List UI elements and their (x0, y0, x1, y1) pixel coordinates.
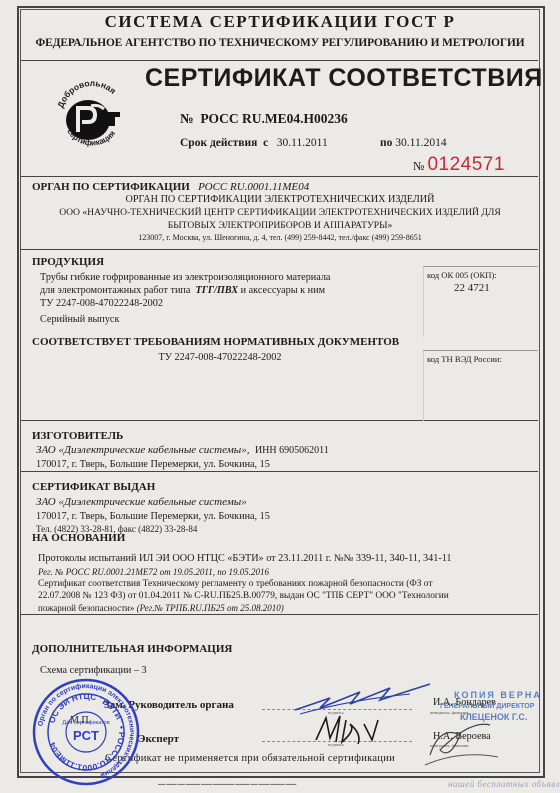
agency-name: ФЕДЕРАЛЬНОЕ АГЕНТСТВО ПО ТЕХНИЧЕСКОМУ РЕ… (20, 37, 540, 49)
cert-body-line-3: БЫТОВЫХ ЭЛЕКТРОПРИБОРОВ И АППАРАТУРЫ» (20, 220, 540, 231)
tnved-code-value (424, 364, 538, 366)
system-title: СИСТЕМА СЕРТИФИКАЦИИ ГОСТ Р (20, 12, 540, 32)
divider-issued (21, 471, 538, 472)
product-line-2: для электромонтажных работ типа ТГГ/ПВХ … (40, 285, 325, 296)
manufacturer-address: 170017, г. Тверь, Большие Перемерки, ул.… (36, 459, 270, 470)
manufacturer-heading: ИЗГОТОВИТЕЛЬ (32, 430, 123, 442)
cert-body-heading: ОРГАН ПО СЕРТИФИКАЦИИ РОСС RU.0001.11МЕ0… (32, 181, 309, 193)
certification-body-seal-icon: Орган по сертификации электротехнических… (32, 678, 140, 786)
cert-body-line-1: ОРГАН ПО СЕРТИФИКАЦИИ ЭЛЕКТРОТЕХНИЧЕСКИХ… (20, 194, 540, 205)
manufacturer-inn: ИНН 6905062011 (255, 445, 329, 456)
copy-signature-icon (420, 715, 500, 770)
certification-scheme: Схема сертификации – 3 (40, 665, 147, 676)
basis-fire-cert-line-2: 22.07.2008 № 123 ФЗ) от 01.04.2011 № C-R… (38, 591, 449, 601)
rst-voluntary-certification-logo: Добровольная сертификация (52, 76, 132, 154)
divider-additional (21, 614, 538, 615)
basis-fire-cert-line-1: Сертификат соответствия Техническому рег… (38, 579, 432, 589)
valid-to: 30.11.2014 (395, 137, 446, 149)
issued-to-address: 170017, г. Тверь, Большие Перемерки, ул.… (36, 511, 270, 522)
divider-cert-body (21, 176, 538, 177)
manufacturer-name: ЗАО «Диэлектрические кабельные системы», (36, 444, 249, 456)
product-heading: ПРОДУКЦИЯ (32, 256, 104, 268)
issued-to-name: ЗАО «Диэлектрические кабельные системы» (36, 496, 247, 508)
basis-fire-cert-line-3: пожарной безопасности» (Рег.№ ТРПБ.RU.ПБ… (38, 603, 284, 613)
basis-lab-registration: Рег. № РОСС RU.0001.21МЕ72 от 19.05.2011… (38, 567, 269, 577)
valid-from: 30.11.2011 (277, 137, 328, 149)
valid-to-group: по 30.11.2014 (380, 137, 447, 149)
product-line-1: Трубы гибкие гофрированные из электроизо… (40, 272, 330, 283)
issued-to-heading: СЕРТИФИКАТ ВЫДАН (32, 481, 155, 493)
product-tu: ТУ 2247-008-47022248-2002 (40, 298, 163, 309)
divider-header (21, 60, 538, 61)
conformity-heading: СООТВЕТСТВУЕТ ТРЕБОВАНИЯМ НОРМАТИВНЫХ ДО… (32, 336, 399, 348)
footer-note: Сертификат не применяется при обязательн… (105, 753, 395, 764)
certificate-number: № РОСС RU.МЕ04.Н00236 (180, 111, 348, 127)
conformity-document: ТУ 2247-008-47022248-2002 (20, 352, 420, 363)
certificate-title: СЕРТИФИКАТ СООТВЕТСТВИЯ (145, 64, 543, 93)
product-type: ТГГ/ПВХ (195, 285, 238, 296)
svg-text:Для сертификатов: Для сертификатов (62, 720, 109, 726)
basis-protocols: Протоколы испытаний ИЛ ЭИ ООО НТЦС «БЭТИ… (38, 553, 452, 564)
validity-period: Срок действия с 30.11.2011 (180, 137, 328, 149)
certified-copy-stamp: КОПИЯ ВЕРНА ГЕНЕРАЛЬНЫЙ ДИРЕКТОР КЛЕЦЕНО… (440, 690, 542, 723)
cert-body-address: 123007, г. Москва, ул. Шеногина, д. 4, т… (20, 233, 540, 242)
product-serial-release: Серийный выпуск (40, 314, 119, 325)
printing-house-note: ▬▬ ▬▬▬ ▬▬ ▬▬▬▬ ▬▬▬ ▬▬▬▬▬▬ ▬▬▬▬ ▬▬ ▬▬▬ ▬▬… (158, 782, 296, 786)
tnved-code-box: код ТН ВЭД России: (423, 350, 538, 421)
additional-heading: ДОПОЛНИТЕЛЬНАЯ ИНФОРМАЦИЯ (32, 643, 232, 655)
divider-product (21, 249, 538, 250)
okp-code-box: код ОК 005 (ОКП): 22 4721 (423, 266, 538, 337)
watermark-text: нашей бесплатных объявлений (448, 779, 560, 789)
svg-text:PCT: PCT (73, 728, 99, 743)
okp-code-value: 22 4721 (424, 280, 538, 294)
blank-serial-number: № 0124571 (413, 154, 505, 176)
okp-code-label: код ОК 005 (ОКП): (424, 267, 538, 280)
cert-body-code: РОСС RU.0001.11МЕ04 (198, 181, 309, 193)
expert-signature-icon (312, 710, 382, 748)
tnved-code-label: код ТН ВЭД России: (424, 351, 538, 364)
manufacturer-name-line: ЗАО «Диэлектрические кабельные системы»,… (36, 444, 329, 456)
basis-heading: НА ОСНОВАНИИ (32, 532, 125, 544)
cert-body-line-2: ООО «НАУЧНО-ТЕХНИЧЕСКИЙ ЦЕНТР СЕРТИФИКАЦ… (20, 207, 540, 218)
expert-label: Эксперт (138, 733, 179, 745)
